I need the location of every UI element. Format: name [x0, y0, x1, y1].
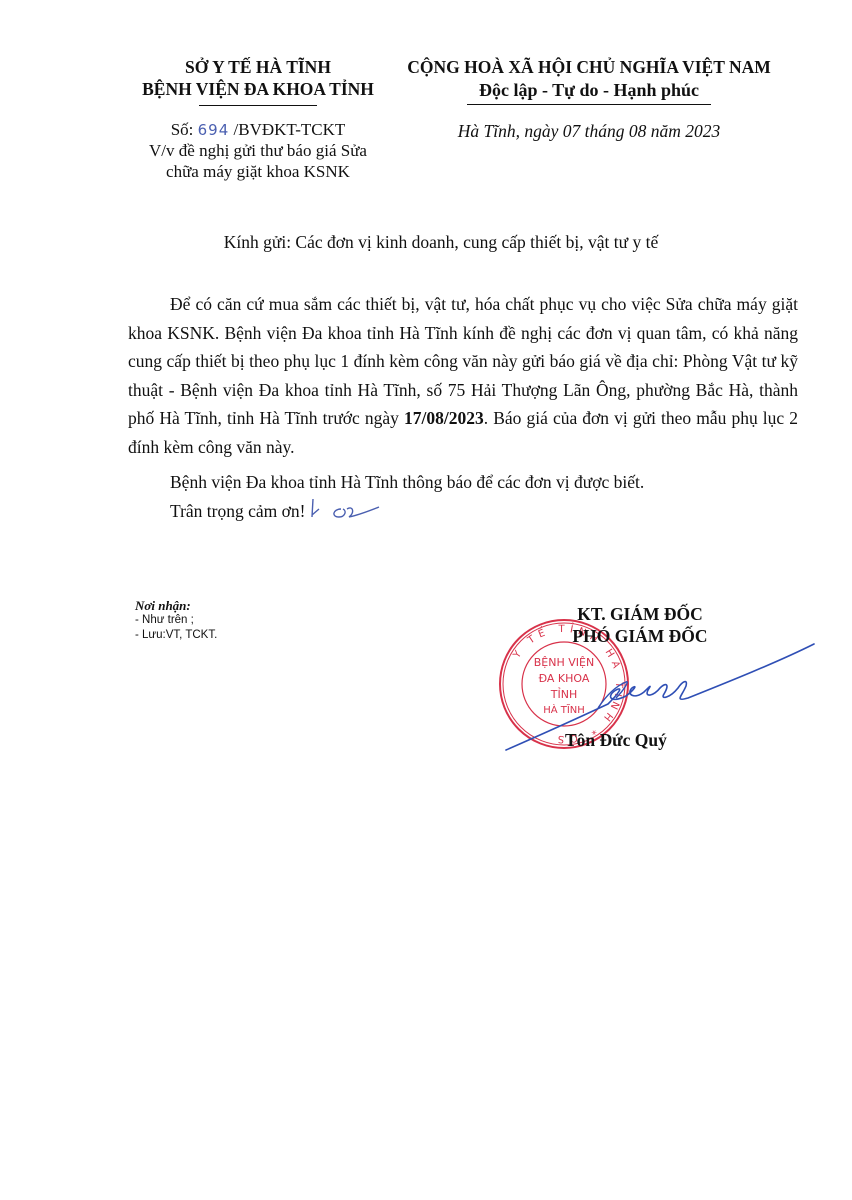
doc-number-prefix: Số:: [171, 120, 198, 139]
document-number: Số: 694 /BVĐKT-TCKT: [118, 120, 398, 140]
issuer-header: SỞ Y TẾ HÀ TĨNH BỆNH VIỆN ĐA KHOA TỈNH S…: [118, 56, 398, 182]
motto-underline: [467, 104, 711, 105]
organization-name: BỆNH VIỆN ĐA KHOA TỈNH: [118, 78, 398, 100]
body-paragraph-2: Bệnh viện Đa khoa tỉnh Hà Tĩnh thông báo…: [128, 468, 798, 497]
recipient-item: - Lưu:VT, TCKT.: [135, 628, 217, 643]
agency-name: SỞ Y TẾ HÀ TĨNH: [118, 56, 398, 78]
handwritten-signature-icon: [498, 638, 818, 758]
recipient-item: - Như trên ;: [135, 613, 217, 628]
recipients-title: Nơi nhận:: [135, 598, 217, 613]
national-header: CỘNG HOÀ XÃ HỘI CHỦ NGHĨA VIỆT NAM Độc l…: [394, 56, 784, 142]
subject-line-1: V/v đề nghị gửi thư báo giá Sửa: [118, 140, 398, 161]
recipients-block: Nơi nhận: - Như trên ; - Lưu:VT, TCKT.: [135, 598, 217, 643]
greeting: Kính gửi: Các đơn vị kinh doanh, cung cấ…: [0, 232, 852, 253]
letter-body: Để có căn cứ mua sắm các thiết bị, vật t…: [128, 290, 798, 525]
nation-name: CỘNG HOÀ XÃ HỘI CHỦ NGHĨA VIỆT NAM: [394, 56, 784, 78]
dateline: Hà Tĩnh, ngày 07 tháng 08 năm 2023: [394, 121, 784, 142]
doc-number-suffix: /BVĐKT-TCKT: [229, 120, 345, 139]
closing-line: Trân trọng cảm ơn!: [128, 497, 798, 526]
header-divider: [199, 105, 317, 106]
closing-text: Trân trọng cảm ơn!: [170, 501, 305, 521]
national-motto: Độc lập - Tự do - Hạnh phúc: [394, 78, 784, 102]
subject-line-2: chữa máy giặt khoa KSNK: [118, 161, 398, 182]
handwritten-initials-icon: [307, 497, 387, 523]
doc-number-handwritten: 694: [198, 121, 230, 139]
body-paragraph-1: Để có căn cứ mua sắm các thiết bị, vật t…: [128, 290, 798, 461]
deadline-date: 17/08/2023: [404, 408, 484, 428]
signer-title-1: KT. GIÁM ĐỐC: [520, 603, 760, 625]
